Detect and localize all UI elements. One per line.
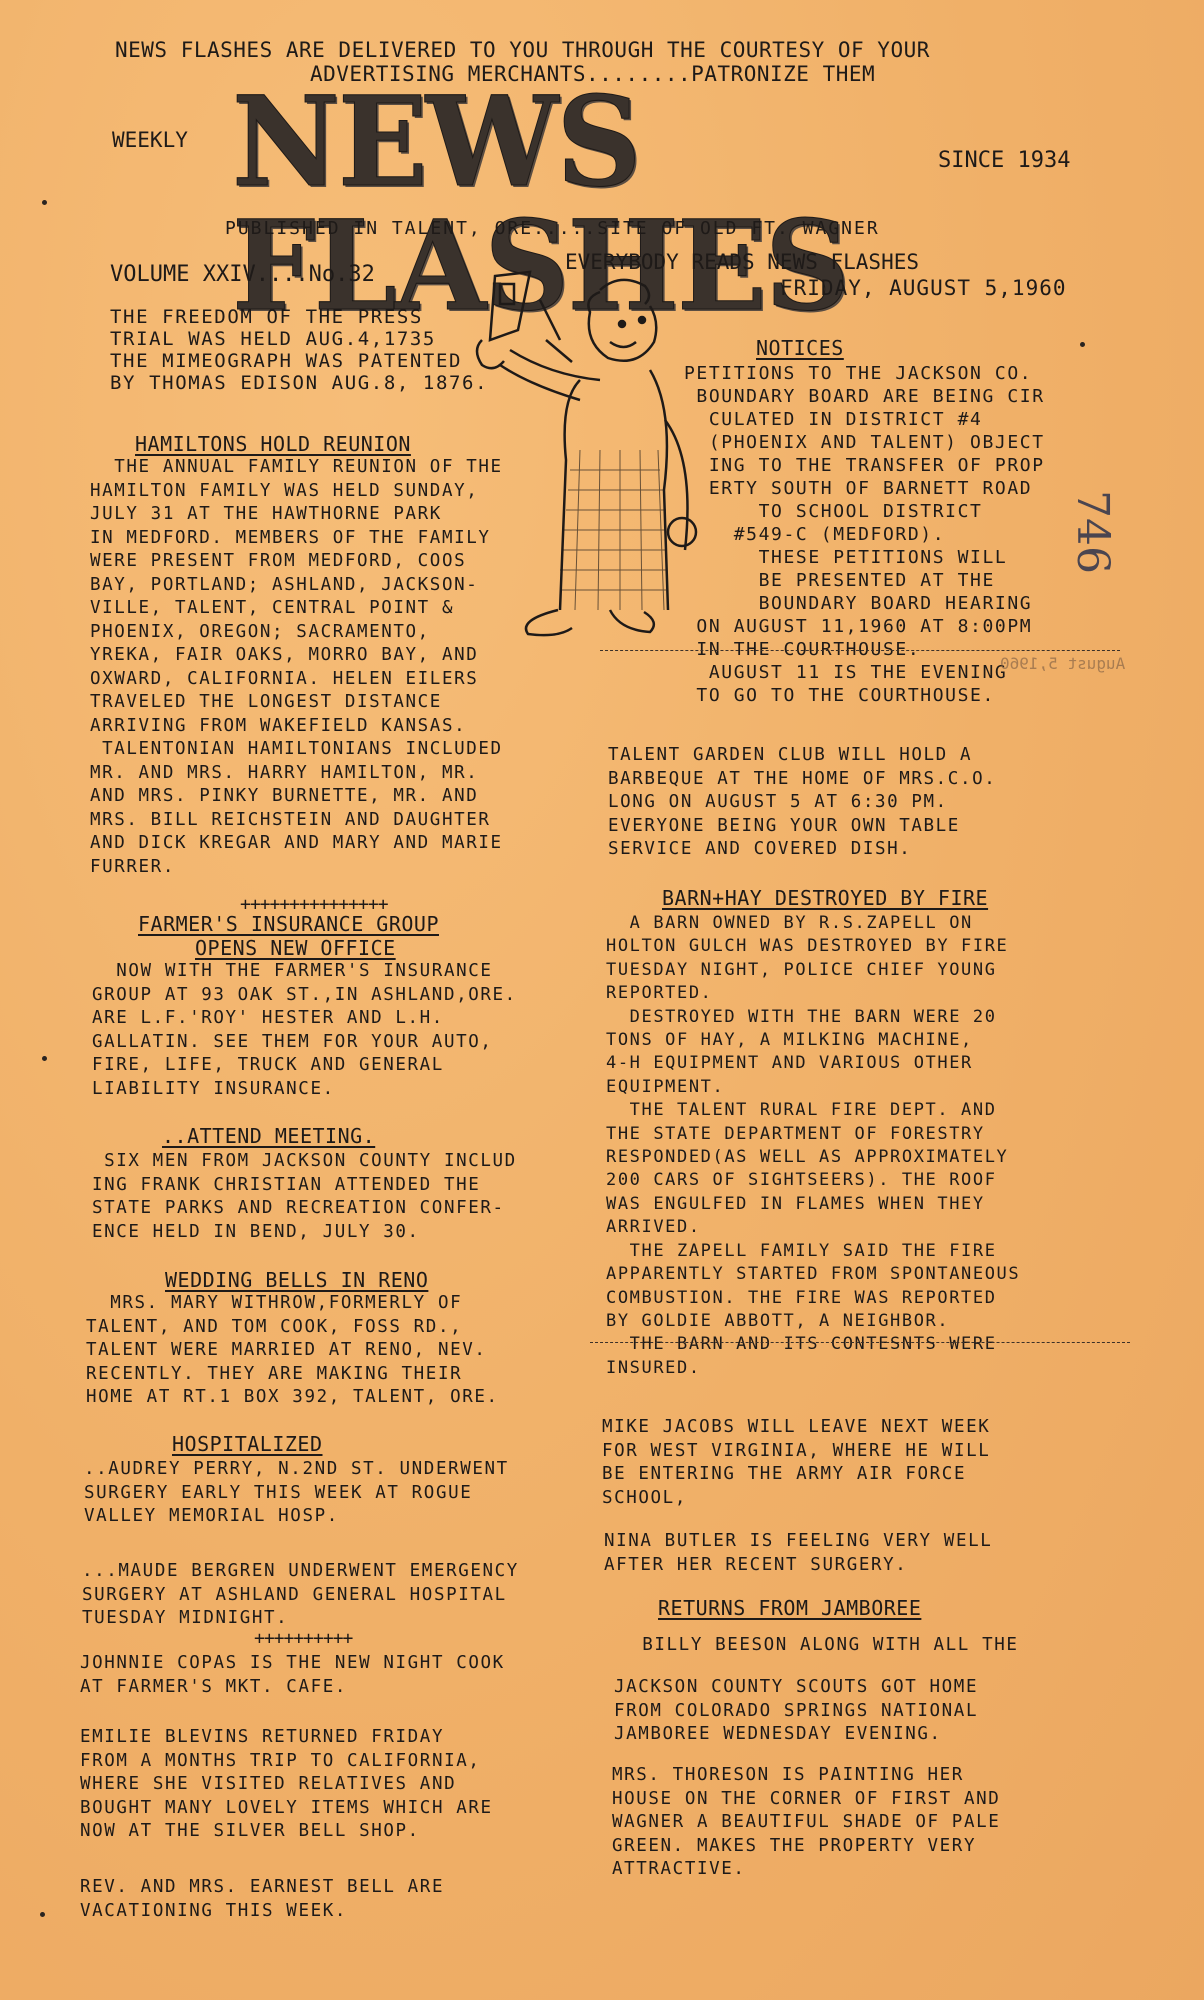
issue-date: FRIDAY, AUGUST 5,1960 bbox=[780, 276, 1067, 300]
handwritten-note: 746 bbox=[1067, 490, 1118, 574]
courtesy-line-1: NEWS FLASHES ARE DELIVERED TO YOU THROUG… bbox=[115, 38, 930, 62]
volume-number: VOLUME XXIV....No.32 bbox=[110, 262, 375, 287]
farmers-heading-line1: FARMER'S INSURANCE GROUP bbox=[138, 912, 439, 936]
butler-item: NINA BUTLER IS FEELING VERY WELL AFTER H… bbox=[604, 1530, 992, 1577]
stray-dot bbox=[42, 200, 47, 205]
meeting-article: SIX MEN FROM JACKSON COUNTY INCLUD ING F… bbox=[92, 1150, 517, 1244]
stencil-box-line bbox=[600, 650, 1120, 651]
stray-dot bbox=[40, 1912, 45, 1917]
jacobs-item: MIKE JACOBS WILL LEAVE NEXT WEEK FOR WES… bbox=[602, 1416, 990, 1510]
copas-item: JOHNNIE COPAS IS THE NEW NIGHT COOK AT F… bbox=[80, 1652, 505, 1699]
thoreson-item: MRS. THORESON IS PAINTING HER HOUSE ON T… bbox=[612, 1764, 1000, 1882]
bell-item: REV. AND MRS. EARNEST BELL ARE VACATIONI… bbox=[80, 1876, 444, 1923]
farmers-article: NOW WITH THE FARMER'S INSURANCE GROUP AT… bbox=[92, 960, 517, 1101]
hamiltons-heading: HAMILTONS HOLD REUNION bbox=[135, 432, 411, 456]
notices-heading: NOTICES bbox=[756, 336, 844, 360]
jamboree-lead: BILLY BEESON ALONG WITH ALL THE bbox=[618, 1634, 1018, 1658]
published-line: PUBLISHED IN TALENT, ORE.....SITE OF OLD… bbox=[225, 218, 880, 239]
hospitalized-heading: HOSPITALIZED bbox=[172, 1432, 323, 1456]
notices-article: PETITIONS TO THE JACKSON CO. BOUNDARY BO… bbox=[684, 362, 1045, 707]
hospitalized-item-bergren: ...MAUDE BERGREN UNDERWENT EMERGENCY SUR… bbox=[82, 1560, 519, 1631]
separator-plus-2: ++++++++++ bbox=[254, 1628, 352, 1649]
weekly-label: WEEKLY bbox=[112, 128, 188, 152]
stray-dot bbox=[42, 1056, 47, 1061]
garden-club-item: TALENT GARDEN CLUB WILL HOLD A BARBEQUE … bbox=[608, 744, 996, 862]
wedding-heading: WEDDING BELLS IN RENO bbox=[165, 1268, 428, 1292]
intro-facts: THE FREEDOM OF THE PRESS TRIAL WAS HELD … bbox=[110, 306, 488, 394]
meeting-heading: ..ATTEND MEETING. bbox=[162, 1124, 375, 1148]
stray-dot bbox=[1080, 342, 1085, 347]
hamiltons-article: THE ANNUAL FAMILY REUNION OF THE HAMILTO… bbox=[90, 456, 503, 879]
since-label: SINCE 1934 bbox=[938, 148, 1070, 173]
mirrored-bleed-text: August 5,1960 bbox=[1000, 654, 1125, 673]
barn-fire-heading: BARN+HAY DESTROYED BY FIRE bbox=[662, 886, 988, 910]
barn-fire-article: A BARN OWNED BY R.S.ZAPELL ON HOLTON GUL… bbox=[606, 912, 1020, 1380]
farmers-heading-line2: OPENS NEW OFFICE bbox=[195, 936, 396, 960]
hospitalized-item-perry: ..AUDREY PERRY, N.2ND ST. UNDERWENT SURG… bbox=[84, 1458, 509, 1529]
jamboree-article: JACKSON COUNTY SCOUTS GOT HOME FROM COLO… bbox=[614, 1676, 978, 1747]
wedding-article: MRS. MARY WITHROW,FORMERLY OF TALENT, AN… bbox=[86, 1292, 499, 1410]
jamboree-heading: RETURNS FROM JAMBOREE bbox=[658, 1596, 921, 1620]
stencil-box-line-2 bbox=[590, 1342, 1130, 1343]
blevins-item: EMILIE BLEVINS RETURNED FRIDAY FROM A MO… bbox=[80, 1726, 493, 1844]
